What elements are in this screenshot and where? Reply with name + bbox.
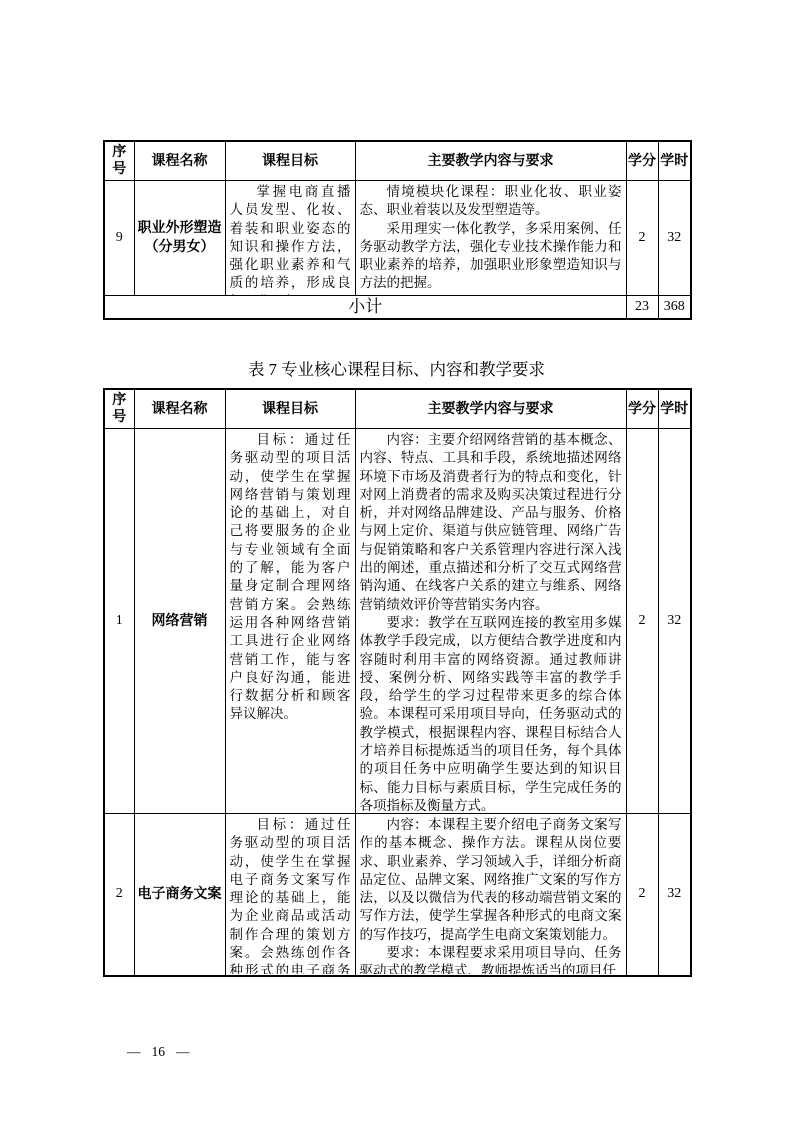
table-row: 2 电子商务文案 目标：通过任务驱动型的项目活动，使学生在掌握电子商务文案写作理… bbox=[104, 814, 691, 976]
document-page: 序号 课程名称 课程目标 主要教学内容与要求 学分 学时 9 职业外形塑造（分男… bbox=[0, 0, 793, 1122]
table-header-row: 序号 课程名称 课程目标 主要教学内容与要求 学分 学时 bbox=[104, 389, 691, 429]
subtotal-label: 小计 bbox=[104, 296, 626, 319]
header-hours: 学时 bbox=[658, 141, 691, 181]
header-credit: 学分 bbox=[626, 389, 658, 429]
header-credit: 学分 bbox=[626, 141, 658, 181]
course-name: 职业外形塑造（分男女） bbox=[134, 181, 225, 296]
table-row: 9 职业外形塑造（分男女） 掌握电商直播人员发型、化妆、着装和职业姿态的知识和操… bbox=[104, 181, 691, 296]
objective-paragraph: 目标：通过任务驱动型的项目活动，使学生在掌握电子商务文案写作理论的基础上，能为企… bbox=[230, 816, 351, 974]
course-name: 网络营销 bbox=[134, 429, 225, 814]
core-course-table: 序号 课程名称 课程目标 主要教学内容与要求 学分 学时 1 网络营销 目标：通… bbox=[103, 388, 692, 977]
row-no: 2 bbox=[104, 814, 134, 976]
content-paragraph-1: 情境模块化课程：职业化妆、职业姿态、职业着装以及发型塑造等。 bbox=[360, 183, 622, 220]
table-header-row: 序号 课程名称 课程目标 主要教学内容与要求 学分 学时 bbox=[104, 141, 691, 181]
course-credit: 2 bbox=[626, 181, 658, 296]
course-content: 内容：本课程主要介绍电子商务文案写作的基本概念、操作方法。课程从岗位要求、职业素… bbox=[355, 814, 626, 976]
page-number: 16 bbox=[152, 1044, 166, 1060]
course-hours: 32 bbox=[658, 814, 691, 976]
row-no: 9 bbox=[104, 181, 134, 296]
subtotal-credit: 23 bbox=[626, 296, 658, 319]
header-content: 主要教学内容与要求 bbox=[355, 389, 626, 429]
course-table-continued: 序号 课程名称 课程目标 主要教学内容与要求 学分 学时 9 职业外形塑造（分男… bbox=[103, 140, 692, 320]
course-objective: 目标：通过任务驱动型的项目活动，使学生在掌握电子商务文案写作理论的基础上，能为企… bbox=[225, 814, 355, 976]
table-row: 1 网络营销 目标：通过任务驱动型的项目活动，使学生在掌握网络营销与策划理论的基… bbox=[104, 429, 691, 814]
course-name: 电子商务文案 bbox=[134, 814, 225, 976]
content-paragraph-2: 要求：教学在互联网连接的教室用多媒体教学手段完成，以方便结合教学进度和内容随时利… bbox=[360, 614, 622, 811]
course-credit: 2 bbox=[626, 429, 658, 814]
header-content: 主要教学内容与要求 bbox=[355, 141, 626, 181]
course-hours: 32 bbox=[658, 429, 691, 814]
course-credit: 2 bbox=[626, 814, 658, 976]
header-course-name: 课程名称 bbox=[134, 141, 225, 181]
page-footer: — 16 — bbox=[127, 1044, 190, 1060]
table7-title: 表 7 专业核心课程目标、内容和教学要求 bbox=[103, 359, 690, 381]
course-objective: 掌握电商直播人员发型、化妆、着装和职业姿态的知识和操作方法，强化职业素养和气质的… bbox=[225, 181, 355, 296]
footer-left-dash: — bbox=[127, 1044, 141, 1060]
course-content: 内容：主要介绍网络营销的基本概念、内容、特点、工具和手段，系统地描述网络环境下市… bbox=[355, 429, 626, 814]
header-no: 序号 bbox=[104, 389, 134, 429]
objective-paragraph: 目标：通过任务驱动型的项目活动，使学生在掌握网络营销与策划理论的基础上，对自己将… bbox=[230, 431, 351, 724]
course-hours: 32 bbox=[658, 181, 691, 296]
content-paragraph-2: 采用理实一体化教学，多采用案例、任务驱动教学方法，强化专业技术操作能力和职业素养… bbox=[360, 220, 622, 293]
content-paragraph-1: 内容：本课程主要介绍电子商务文案写作的基本概念、操作方法。课程从岗位要求、职业素… bbox=[360, 816, 622, 944]
header-no: 序号 bbox=[104, 141, 134, 181]
footer-right-dash: — bbox=[176, 1044, 190, 1060]
header-objective: 课程目标 bbox=[225, 141, 355, 181]
content-paragraph-1: 内容：主要介绍网络营销的基本概念、内容、特点、工具和手段，系统地描述网络环境下市… bbox=[360, 431, 622, 614]
header-hours: 学时 bbox=[658, 389, 691, 429]
course-objective: 目标：通过任务驱动型的项目活动，使学生在掌握网络营销与策划理论的基础上，对自己将… bbox=[225, 429, 355, 814]
header-objective: 课程目标 bbox=[225, 389, 355, 429]
course-content: 情境模块化课程：职业化妆、职业姿态、职业着装以及发型塑造等。 采用理实一体化教学… bbox=[355, 181, 626, 296]
header-course-name: 课程名称 bbox=[134, 389, 225, 429]
row-no: 1 bbox=[104, 429, 134, 814]
subtotal-hours: 368 bbox=[658, 296, 691, 319]
subtotal-row: 小计 23 368 bbox=[104, 296, 691, 319]
objective-paragraph: 掌握电商直播人员发型、化妆、着装和职业姿态的知识和操作方法，强化职业素养和气质的… bbox=[230, 183, 351, 295]
content-paragraph-2: 要求：本课程要求采用项目导向、任务驱动式的教学模式，教师提炼适当的项目任 bbox=[360, 944, 622, 974]
